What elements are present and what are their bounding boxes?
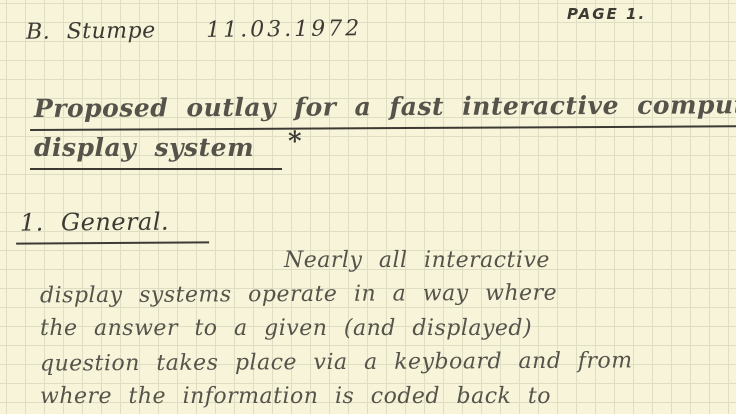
title-line-2-text: display system	[30, 133, 282, 170]
paragraph-line: question takes place via a keyboard and …	[40, 348, 633, 376]
section-heading-general: 1. General.	[16, 207, 209, 244]
document-title-line-2: display system*	[30, 133, 296, 170]
footnote-asterisk: *	[288, 127, 302, 157]
document-date: 11.03.1972	[206, 16, 362, 43]
page-number-label: PAGE 1.	[567, 5, 646, 23]
paragraph-line: where the information is coded back to	[40, 384, 551, 409]
paragraph-line: the answer to a given (and displayed)	[40, 316, 532, 341]
header-line: B. Stumpe 11.03.1972	[26, 16, 362, 45]
document-title-line-1: Proposed outlay for a fast interactive c…	[30, 90, 736, 131]
paragraph-line: Nearly all interactive	[284, 248, 550, 273]
paragraph-line: display systems operate in a way where	[40, 281, 557, 309]
handwritten-page: B. Stumpe 11.03.1972 PAGE 1. Proposed ou…	[0, 0, 736, 414]
author-signature: B. Stumpe	[26, 18, 156, 44]
